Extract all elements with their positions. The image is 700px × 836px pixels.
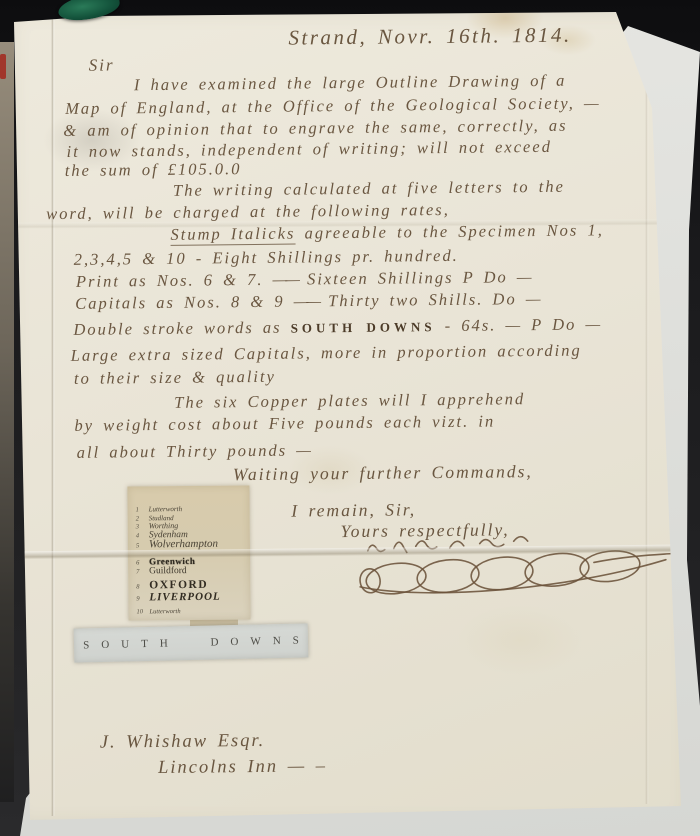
letter-line-segment: Waiting your further Commands, bbox=[233, 461, 533, 484]
letter-line: 2,3,4,5 & 10 - Eight Shillings pr. hundr… bbox=[74, 246, 459, 270]
letter-line-segment: - 64s. — P Do — bbox=[435, 314, 602, 335]
letter-page: 1Lutterworth2Studland3Worthing4Sydenham5… bbox=[0, 0, 700, 836]
letter-line: all about Thirty pounds — bbox=[77, 440, 313, 462]
letter-line-segment: the sum of £105.0.0 bbox=[65, 159, 242, 180]
letter-line: Waiting your further Commands, bbox=[233, 461, 533, 485]
letter-line-segment: Large extra sized Capitals, more in prop… bbox=[71, 341, 582, 365]
letter-line-segment: Capitals as Nos. 8 & 9 bbox=[75, 292, 294, 313]
letter-line-segment: SOUTH DOWNS bbox=[291, 319, 436, 336]
letter-line: I remain, Sir, bbox=[291, 499, 416, 521]
letter-line-segment: by weight cost about Five pounds each vi… bbox=[74, 411, 495, 434]
photograph-scene: 1Lutterworth2Studland3Worthing4Sydenham5… bbox=[0, 0, 700, 836]
letter-line-segment: Print as Nos. 6 & 7. bbox=[76, 270, 273, 291]
address-line-1: J. Whishaw Esqr. bbox=[100, 731, 266, 754]
letter-line: The writing calculated at five letters t… bbox=[173, 177, 565, 201]
handwriting-layer: Strand, Novr. 16th. 1814. Sir I have exa… bbox=[0, 0, 700, 836]
letter-line: I have examined the large Outline Drawin… bbox=[134, 71, 567, 96]
letter-line-segment: The writing calculated at five letters t… bbox=[173, 177, 565, 200]
letter-line: the sum of £105.0.0 bbox=[65, 159, 242, 181]
letter-line: Capitals as Nos. 8 & 9 —— Thirty two Shi… bbox=[75, 289, 542, 314]
letter-line-segment: Thirty two Shills. Do — bbox=[319, 289, 543, 310]
letter-line-segment: & am of opinion that to engrave the same… bbox=[63, 116, 567, 140]
letter-line: Double stroke words as SOUTH DOWNS - 64s… bbox=[73, 314, 602, 340]
letter-line-segment: all about Thirty pounds — bbox=[77, 440, 313, 461]
letter-line-segment: —— bbox=[294, 291, 320, 310]
letter-line: by weight cost about Five pounds each vi… bbox=[74, 411, 495, 435]
letter-line-segment: to their size & quality bbox=[74, 367, 276, 388]
red-edge-mark bbox=[0, 54, 6, 79]
book-spine-edge bbox=[0, 42, 14, 802]
letter-line: Map of England, at the Office of the Geo… bbox=[65, 93, 601, 119]
letter-line-segment: word, will be charged at the following r… bbox=[46, 200, 450, 223]
letter-line: to their size & quality bbox=[74, 367, 276, 389]
letter-line-segment: 2,3,4,5 & 10 - Eight Shillings pr. hundr… bbox=[74, 246, 459, 269]
letter-line-segment: Sixteen Shillings P Do — bbox=[298, 267, 534, 288]
letter-line: Large extra sized Capitals, more in prop… bbox=[71, 341, 582, 366]
letter-line-segment: I remain, Sir, bbox=[291, 499, 416, 520]
letter-line: it now stands, independent of writing; w… bbox=[66, 137, 552, 162]
address-line-2: Lincolns Inn — – bbox=[158, 756, 327, 779]
letter-line-segment: The six Copper plates will I apprehend bbox=[174, 389, 525, 412]
letter-line-segment: I have examined the large Outline Drawin… bbox=[134, 71, 567, 95]
signature-flourish bbox=[354, 532, 675, 607]
letter-line-segment: —— bbox=[272, 270, 298, 289]
letter-line-segment: it now stands, independent of writing; w… bbox=[66, 137, 552, 161]
letter-line: Print as Nos. 6 & 7. —— Sixteen Shilling… bbox=[76, 267, 534, 292]
letter-line: The six Copper plates will I apprehend bbox=[174, 389, 525, 413]
letter-body-lines: I have examined the large Outline Drawin… bbox=[0, 0, 700, 836]
letter-line-segment: Double stroke words as bbox=[73, 318, 290, 339]
letter-line-segment: Map of England, at the Office of the Geo… bbox=[65, 93, 601, 118]
